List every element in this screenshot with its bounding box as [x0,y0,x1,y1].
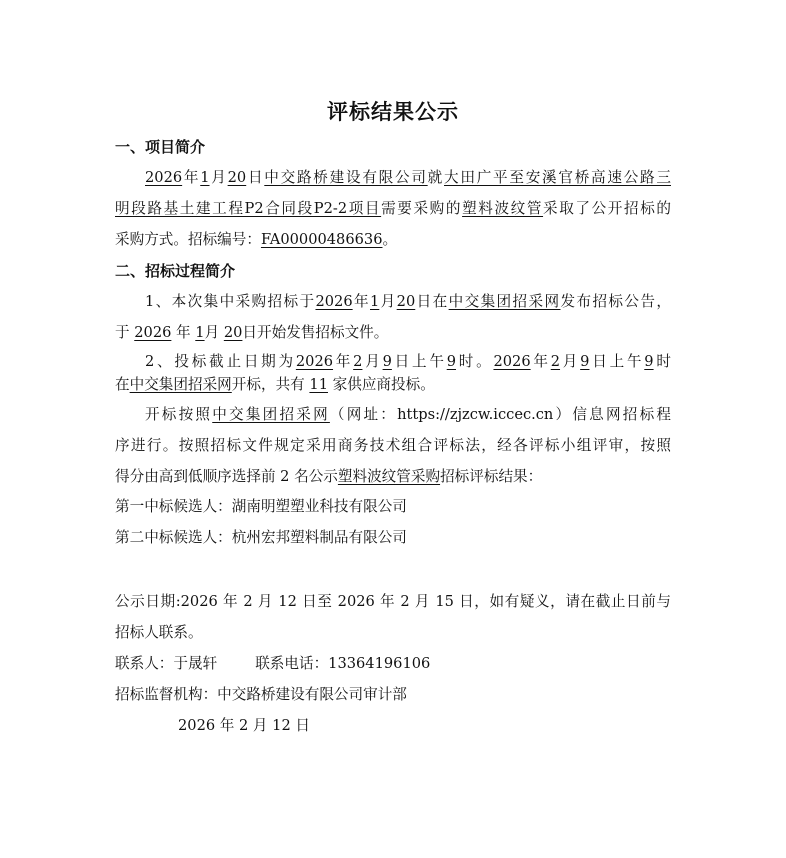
sign-date: 2026 年 2 月 12 日 [178,716,310,736]
item3-line1: 开标按照中交集团招采网（网址：https://zjzcw.iccec.cn）信息… [145,405,671,425]
text: 日 [246,169,264,186]
text: 时。 [456,353,493,370]
text: 日上午 [392,353,447,370]
date-day: 20 [397,293,416,310]
item1-line1: 1、本次集中采购招标于2026年1月20日在中交集团招采网发布招标公告， [145,292,671,312]
platform-url: （网址：https://zjzcw.iccec.cn）信息网招标程 [330,406,671,423]
text: 发布招标公告， [560,293,670,310]
text: 月 [205,324,220,341]
procurement-name: 塑料波纹管采购 [338,468,440,485]
date-year: 2026 [145,169,182,186]
text: 得分由高到低顺序选择前 2 名公示 [115,468,338,485]
text: 开标，共有 [232,376,305,393]
section1-para-line1: 2026年1月20日中交路桥建设有限公司就大田广平至安溪官桥高速公路三 [145,168,671,188]
supervisor-name: 中交路桥建设有限公司审计部 [217,686,407,703]
text: 日上午 [589,353,644,370]
text: 日在 [415,293,448,310]
text: 于 [115,324,130,341]
date-month: 1 [370,293,379,310]
item2-line1: 2、投标截止日期为2026年2月9日上午9时。2026年2月9日上午9时 [145,352,671,372]
text: 年 [531,353,551,370]
material-name: 塑料波纹管 [462,200,543,217]
candidate-label: 第一中标候选人： [115,498,232,515]
bidder-count: 11 [309,376,328,393]
date-year: 2026 [493,353,530,370]
text: 年 [176,324,191,341]
text: 。 [382,231,397,248]
supervisor-line: 招标监督机构：中交路桥建设有限公司审计部 [115,685,407,705]
text: 时 [654,353,671,370]
text: 开标按照 [145,406,212,423]
project-name-part1: 大田广平至安溪官桥高速公路三 [444,169,671,186]
page-title: 评标结果公示 [115,96,671,126]
hour: 9 [644,353,653,370]
bid-number: FA00000486636 [261,231,383,248]
text: 家供应商投标。 [333,376,435,393]
item1-line2: 于 2026 年 1月 20日开始发售招标文件。 [115,323,388,343]
date-year: 2026 [134,324,171,341]
text: 2、投标截止日期为 [145,353,296,370]
date-year: 2026 [315,293,352,310]
text: 日开始发售招标文件。 [242,324,388,341]
text: 招标评标结果： [440,468,542,485]
date-year: 2026 [296,353,333,370]
contact-person-label: 联系人： [115,655,173,672]
candidate-1: 第一中标候选人：湖南明塑塑业科技有限公司 [115,497,407,517]
item2-line2: 在中交集团招采网开标，共有 11 家供应商投标。 [115,375,435,395]
platform-link[interactable]: 中交集团招采网 [212,406,330,423]
contact-phone-label: 联系电话： [255,655,328,672]
date-month: 1 [195,324,204,341]
date-day: 20 [224,324,243,341]
section1-heading: 一、项目简介 [115,137,205,157]
notice-line2: 招标人联系。 [115,623,203,643]
item3-line2: 序进行。按照招标文件规定采用商务技术组合评标法，经各评标小组评审，按照 [115,436,671,456]
text: 在 [115,376,130,393]
section2-heading: 二、招标过程简介 [115,261,235,281]
text: 月 [560,353,580,370]
platform-link[interactable]: 中交集团招采网 [449,293,561,310]
text: 需要采购的 [381,200,462,217]
text: 年 [333,353,353,370]
text: 1、本次集中采购招标于 [145,293,315,310]
contact-person: 于晟轩 [173,655,217,672]
supervisor-label: 招标监督机构： [115,686,217,703]
date-day: 9 [383,353,392,370]
candidate-name: 湖南明塑塑业科技有限公司 [232,498,407,515]
platform-link[interactable]: 中交集团招采网 [130,376,232,393]
item3-line3: 得分由高到低顺序选择前 2 名公示塑料波纹管采购招标评标结果： [115,467,542,487]
text: 采购方式。招标编号： [115,231,261,248]
section1-para-line2: 明段路基土建工程P2合同段P2-2项目需要采购的塑料波纹管采取了公开招标的 [115,199,671,219]
notice-line1: 公示日期:2026 年 2 月 12 日至 2026 年 2 月 15 日，如有… [115,592,671,612]
text: 采取了公开招标的 [543,200,671,217]
text: 月 [362,353,382,370]
project-name-part2: 明段路基土建工程P2合同段P2-2项目 [115,200,381,217]
date-month: 1 [200,169,209,186]
section1-para-line3: 采购方式。招标编号：FA00000486636。 [115,230,397,250]
text: 月 [210,169,228,186]
date-day: 20 [228,169,247,186]
candidate-label: 第二中标候选人： [115,529,232,546]
date-month: 2 [551,353,560,370]
text: 就 [428,169,444,186]
purchaser-company: 中交路桥建设有限公司 [264,169,427,186]
contact-phone: 13364196106 [328,655,430,672]
candidate-name: 杭州宏邦塑料制品有限公司 [232,529,407,546]
candidate-2: 第二中标候选人：杭州宏邦塑料制品有限公司 [115,528,407,548]
text: 月 [379,293,396,310]
contact-line: 联系人：于晟轩联系电话：13364196106 [115,654,430,674]
text: 年 [182,169,200,186]
hour: 9 [447,353,456,370]
text: 年 [353,293,370,310]
